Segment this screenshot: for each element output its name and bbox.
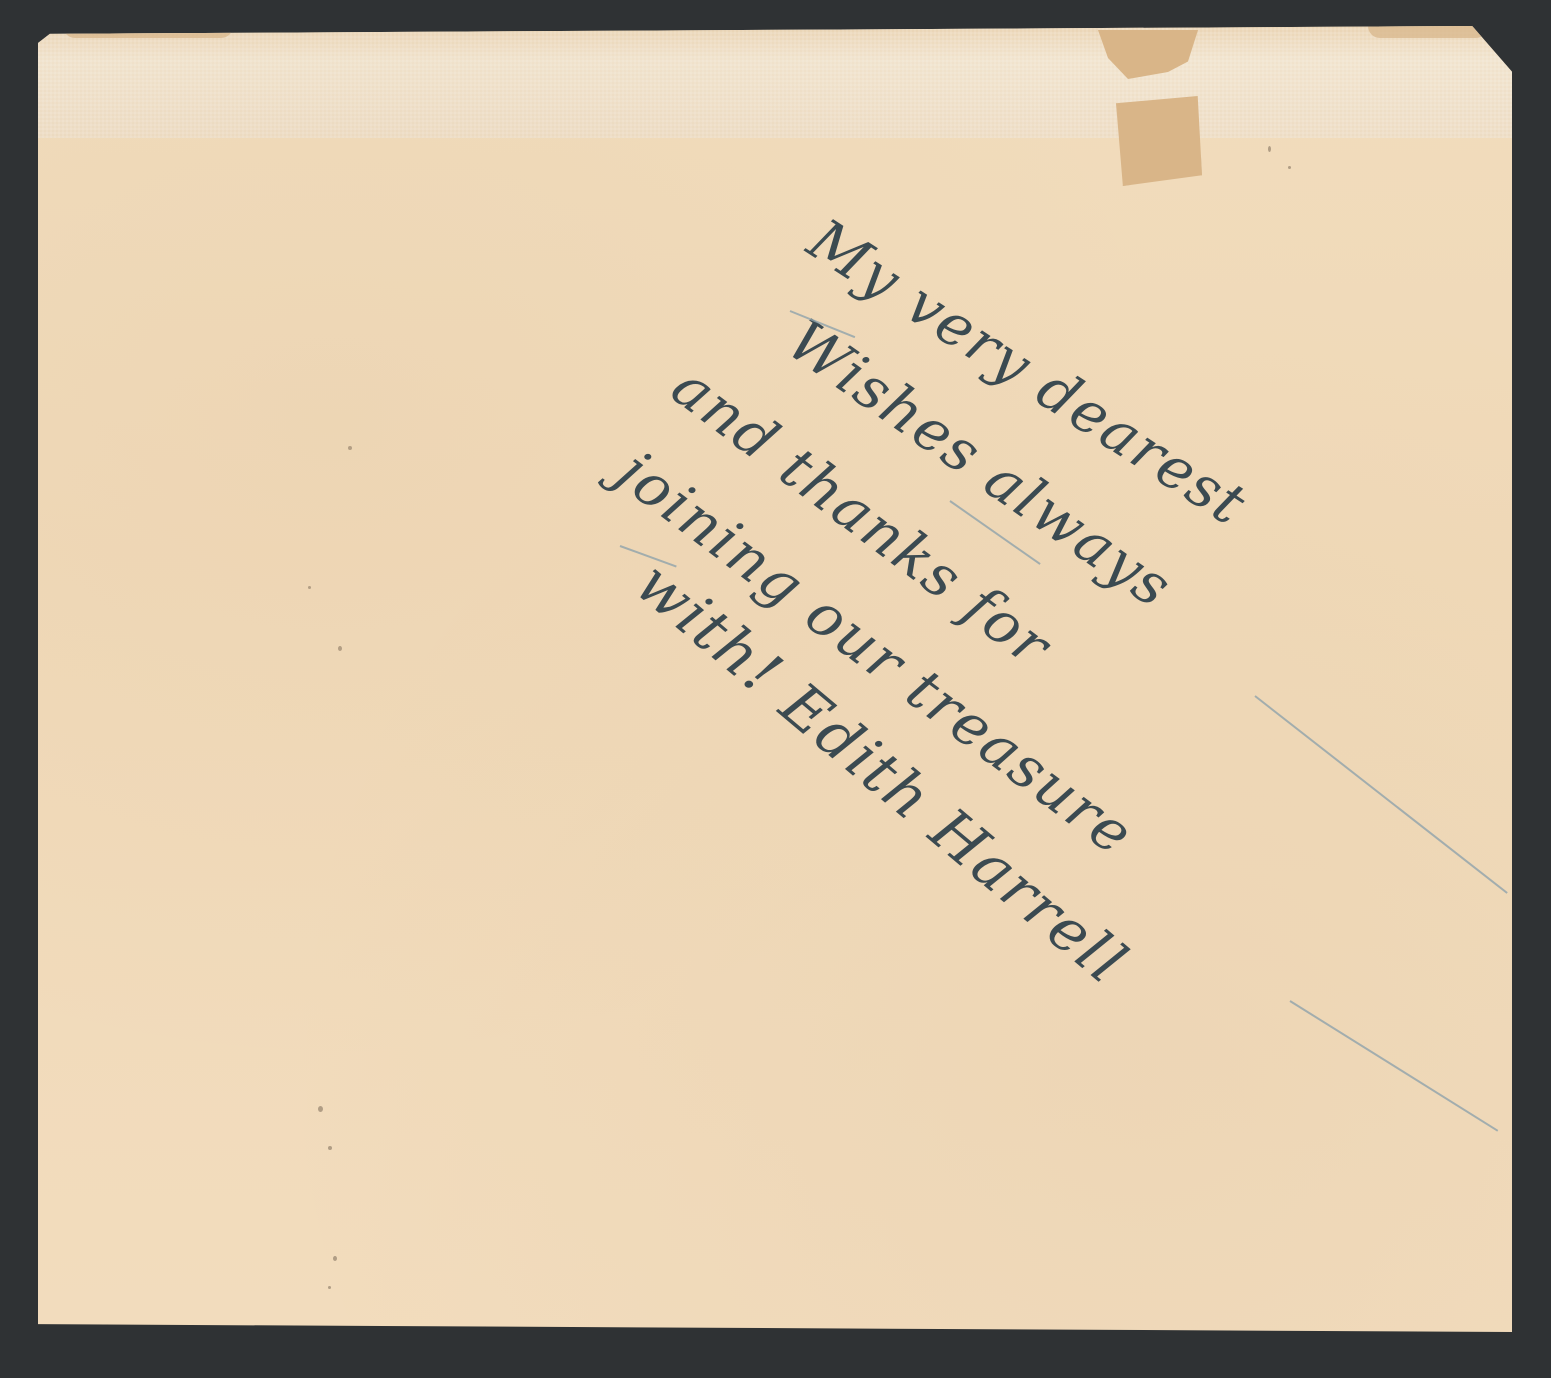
pencil-underline: [1254, 695, 1507, 894]
pencil-underline: [1289, 1000, 1498, 1132]
handwritten-inscription: My very dearest Wishes always and thanks…: [0, 0, 1551, 1378]
